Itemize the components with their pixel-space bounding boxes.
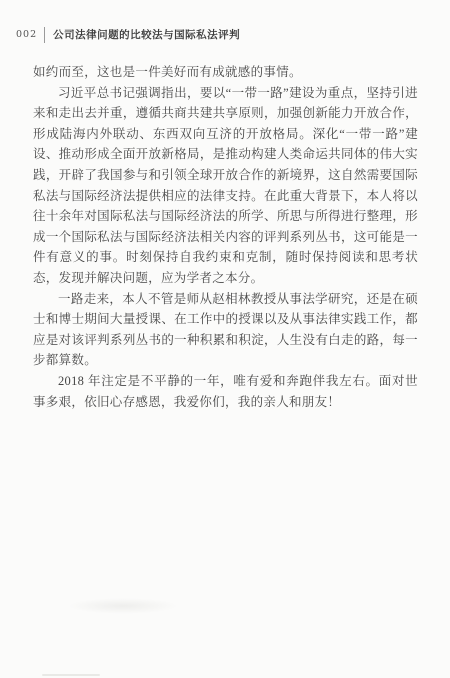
paragraph: 习近平总书记强调指出，要以“一带一路”建设为重点，坚持引进来和走出去并重，遵循共… xyxy=(33,83,418,289)
book-page: 002 公司法律问题的比较法与国际私法评判 如约而至，这也是一件美好而有成就感的… xyxy=(0,0,450,678)
running-title: 公司法律问题的比较法与国际私法评判 xyxy=(53,27,240,42)
scan-artifact-smudge xyxy=(68,598,178,614)
paragraph: 2018 年注定是不平静的一年，唯有爱和奔跑伴我左右。面对世事多艰，依旧心存感恩… xyxy=(33,371,418,412)
body-text-block: 如约而至，这也是一件美好而有成就感的事情。 习近平总书记强调指出，要以“一带一路… xyxy=(33,62,418,412)
paragraph: 一路走来，本人不管是师从赵相林教授从事法学研究，还是在硕士和博士期间大量授课、在… xyxy=(33,289,418,371)
page-header: 002 公司法律问题的比较法与国际私法评判 xyxy=(16,26,420,43)
page-number: 002 xyxy=(16,29,37,40)
paragraph-continuation: 如约而至，这也是一件美好而有成就感的事情。 xyxy=(33,62,418,83)
header-divider xyxy=(44,27,45,43)
scan-artifact-line xyxy=(42,674,100,676)
